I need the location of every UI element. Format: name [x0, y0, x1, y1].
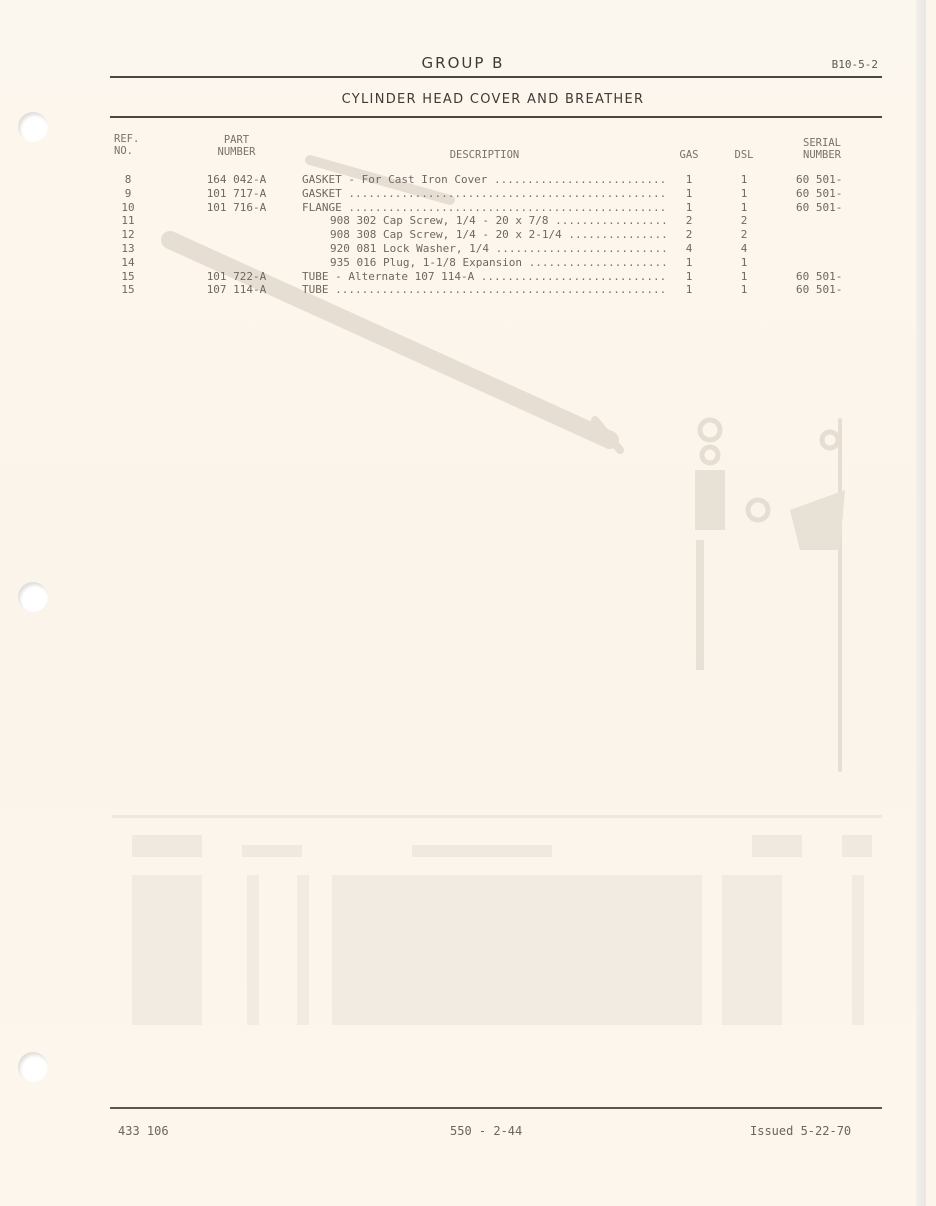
description-text: FLANGE [302, 201, 342, 214]
punch-hole [18, 112, 48, 142]
table-row: 12908 308 Cap Screw, 1/4 - 20 x 2-1/4 ..… [112, 228, 872, 242]
table-header: REF. NO. PART NUMBER DESCRIPTION GAS DSL… [112, 133, 872, 173]
ref-no: 13 [118, 242, 138, 256]
table-row: 9101 717-AGASKET .......................… [112, 187, 872, 201]
table-row: 8164 042-AGASKET - For Cast Iron Cover .… [112, 173, 872, 187]
title-rule [110, 116, 882, 118]
description: GASKET - For Cast Iron Cover ...........… [302, 173, 668, 187]
section-title: CYLINDER HEAD COVER AND BREATHER [0, 92, 936, 107]
dot-leader: ........................................… [329, 283, 669, 296]
punch-hole [18, 582, 48, 612]
dot-leader: ........................................… [522, 256, 668, 269]
ref-no: 10 [118, 201, 138, 215]
gas-qty: 1 [682, 173, 696, 187]
serial-number: 60 501- [796, 283, 866, 297]
dsl-qty: 1 [737, 173, 751, 187]
description-text: TUBE - Alternate 107 114-A [302, 270, 474, 283]
part-number: 101 717-A [194, 187, 279, 201]
col-part-number: PART NUMBER [194, 134, 279, 158]
dsl-qty: 2 [737, 228, 751, 242]
serial-number: 60 501- [796, 173, 866, 187]
description: TUBE ...................................… [302, 283, 668, 297]
dot-leader: ........................................… [342, 187, 668, 200]
description-text: 908 308 Cap Screw, 1/4 - 20 x 2-1/4 [330, 228, 562, 241]
col-dsl: DSL [724, 149, 764, 161]
gas-qty: 1 [682, 187, 696, 201]
gas-qty: 1 [682, 270, 696, 284]
description: 920 081 Lock Washer, 1/4 ...............… [302, 242, 668, 256]
table-row: 15101 722-ATUBE - Alternate 107 114-A ..… [112, 270, 872, 284]
dot-leader: ........................................… [489, 242, 668, 255]
part-number: 101 716-A [194, 201, 279, 215]
dsl-qty: 1 [737, 283, 751, 297]
col-gas: GAS [674, 149, 704, 161]
header-rule [110, 76, 882, 78]
table-row: 13920 081 Lock Washer, 1/4 .............… [112, 242, 872, 256]
page-edge [916, 0, 926, 1206]
gas-qty: 1 [682, 256, 696, 270]
description: FLANGE .................................… [302, 201, 668, 215]
serial-number: 60 501- [796, 201, 866, 215]
dsl-qty: 2 [737, 214, 751, 228]
description-text: 908 302 Cap Screw, 1/4 - 20 x 7/8 [330, 214, 549, 227]
table-row: 15107 114-ATUBE ........................… [112, 283, 872, 297]
ref-no: 15 [118, 283, 138, 297]
gas-qty: 2 [682, 228, 696, 242]
catalog-page: GROUP B B10-5-2 CYLINDER HEAD COVER AND … [0, 0, 926, 1206]
ref-no: 15 [118, 270, 138, 284]
parts-table: REF. NO. PART NUMBER DESCRIPTION GAS DSL… [112, 133, 872, 297]
dsl-qty: 1 [737, 187, 751, 201]
description: TUBE - Alternate 107 114-A .............… [302, 270, 668, 284]
footer-reference: 550 - 2-44 [450, 1124, 522, 1138]
gas-qty: 1 [682, 201, 696, 215]
group-heading: GROUP B [0, 54, 926, 72]
description: 908 308 Cap Screw, 1/4 - 20 x 2-1/4 ....… [302, 228, 668, 242]
gas-qty: 2 [682, 214, 696, 228]
dot-leader: ........................................… [549, 214, 668, 227]
description: GASKET .................................… [302, 187, 668, 201]
footer-doc-number: 433 106 [118, 1124, 169, 1138]
description-text: GASKET - For Cast Iron Cover [302, 173, 487, 186]
ref-no: 8 [118, 173, 138, 187]
dsl-qty: 4 [737, 242, 751, 256]
dot-leader: ........................................… [342, 201, 668, 214]
table-row: 11908 302 Cap Screw, 1/4 - 20 x 7/8 ....… [112, 214, 872, 228]
dsl-qty: 1 [737, 270, 751, 284]
table-row: 14935 016 Plug, 1-1/8 Expansion ........… [112, 256, 872, 270]
table-body: 8164 042-AGASKET - For Cast Iron Cover .… [112, 173, 872, 297]
bleed-through-table [112, 815, 882, 1035]
punch-hole [18, 1052, 48, 1082]
description-text: 935 016 Plug, 1-1/8 Expansion [330, 256, 522, 269]
description-text: GASKET [302, 187, 342, 200]
ref-no: 14 [118, 256, 138, 270]
serial-number: 60 501- [796, 270, 866, 284]
col-serial-number: SERIAL NUMBER [782, 137, 862, 161]
footer-rule [110, 1107, 882, 1109]
col-ref-no: REF. NO. [114, 133, 154, 157]
part-number: 107 114-A [194, 283, 279, 297]
ref-no: 12 [118, 228, 138, 242]
dsl-qty: 1 [737, 201, 751, 215]
dsl-qty: 1 [737, 256, 751, 270]
gas-qty: 1 [682, 283, 696, 297]
serial-number: 60 501- [796, 187, 866, 201]
page-code: B10-5-2 [832, 58, 878, 71]
footer-issued-date: Issued 5-22-70 [750, 1124, 851, 1138]
description: 908 302 Cap Screw, 1/4 - 20 x 7/8 ......… [302, 214, 668, 228]
description-text: TUBE [302, 283, 329, 296]
ref-no: 11 [118, 214, 138, 228]
table-row: 10101 716-AFLANGE ......................… [112, 201, 872, 215]
ref-no: 9 [118, 187, 138, 201]
description: 935 016 Plug, 1-1/8 Expansion ..........… [302, 256, 668, 270]
dot-leader: ........................................… [474, 270, 668, 283]
description-text: 920 081 Lock Washer, 1/4 [330, 242, 489, 255]
dot-leader: ........................................… [487, 173, 668, 186]
dot-leader: ........................................… [562, 228, 668, 241]
gas-qty: 4 [682, 242, 696, 256]
part-number: 101 722-A [194, 270, 279, 284]
col-description: DESCRIPTION [302, 149, 667, 161]
part-number: 164 042-A [194, 173, 279, 187]
